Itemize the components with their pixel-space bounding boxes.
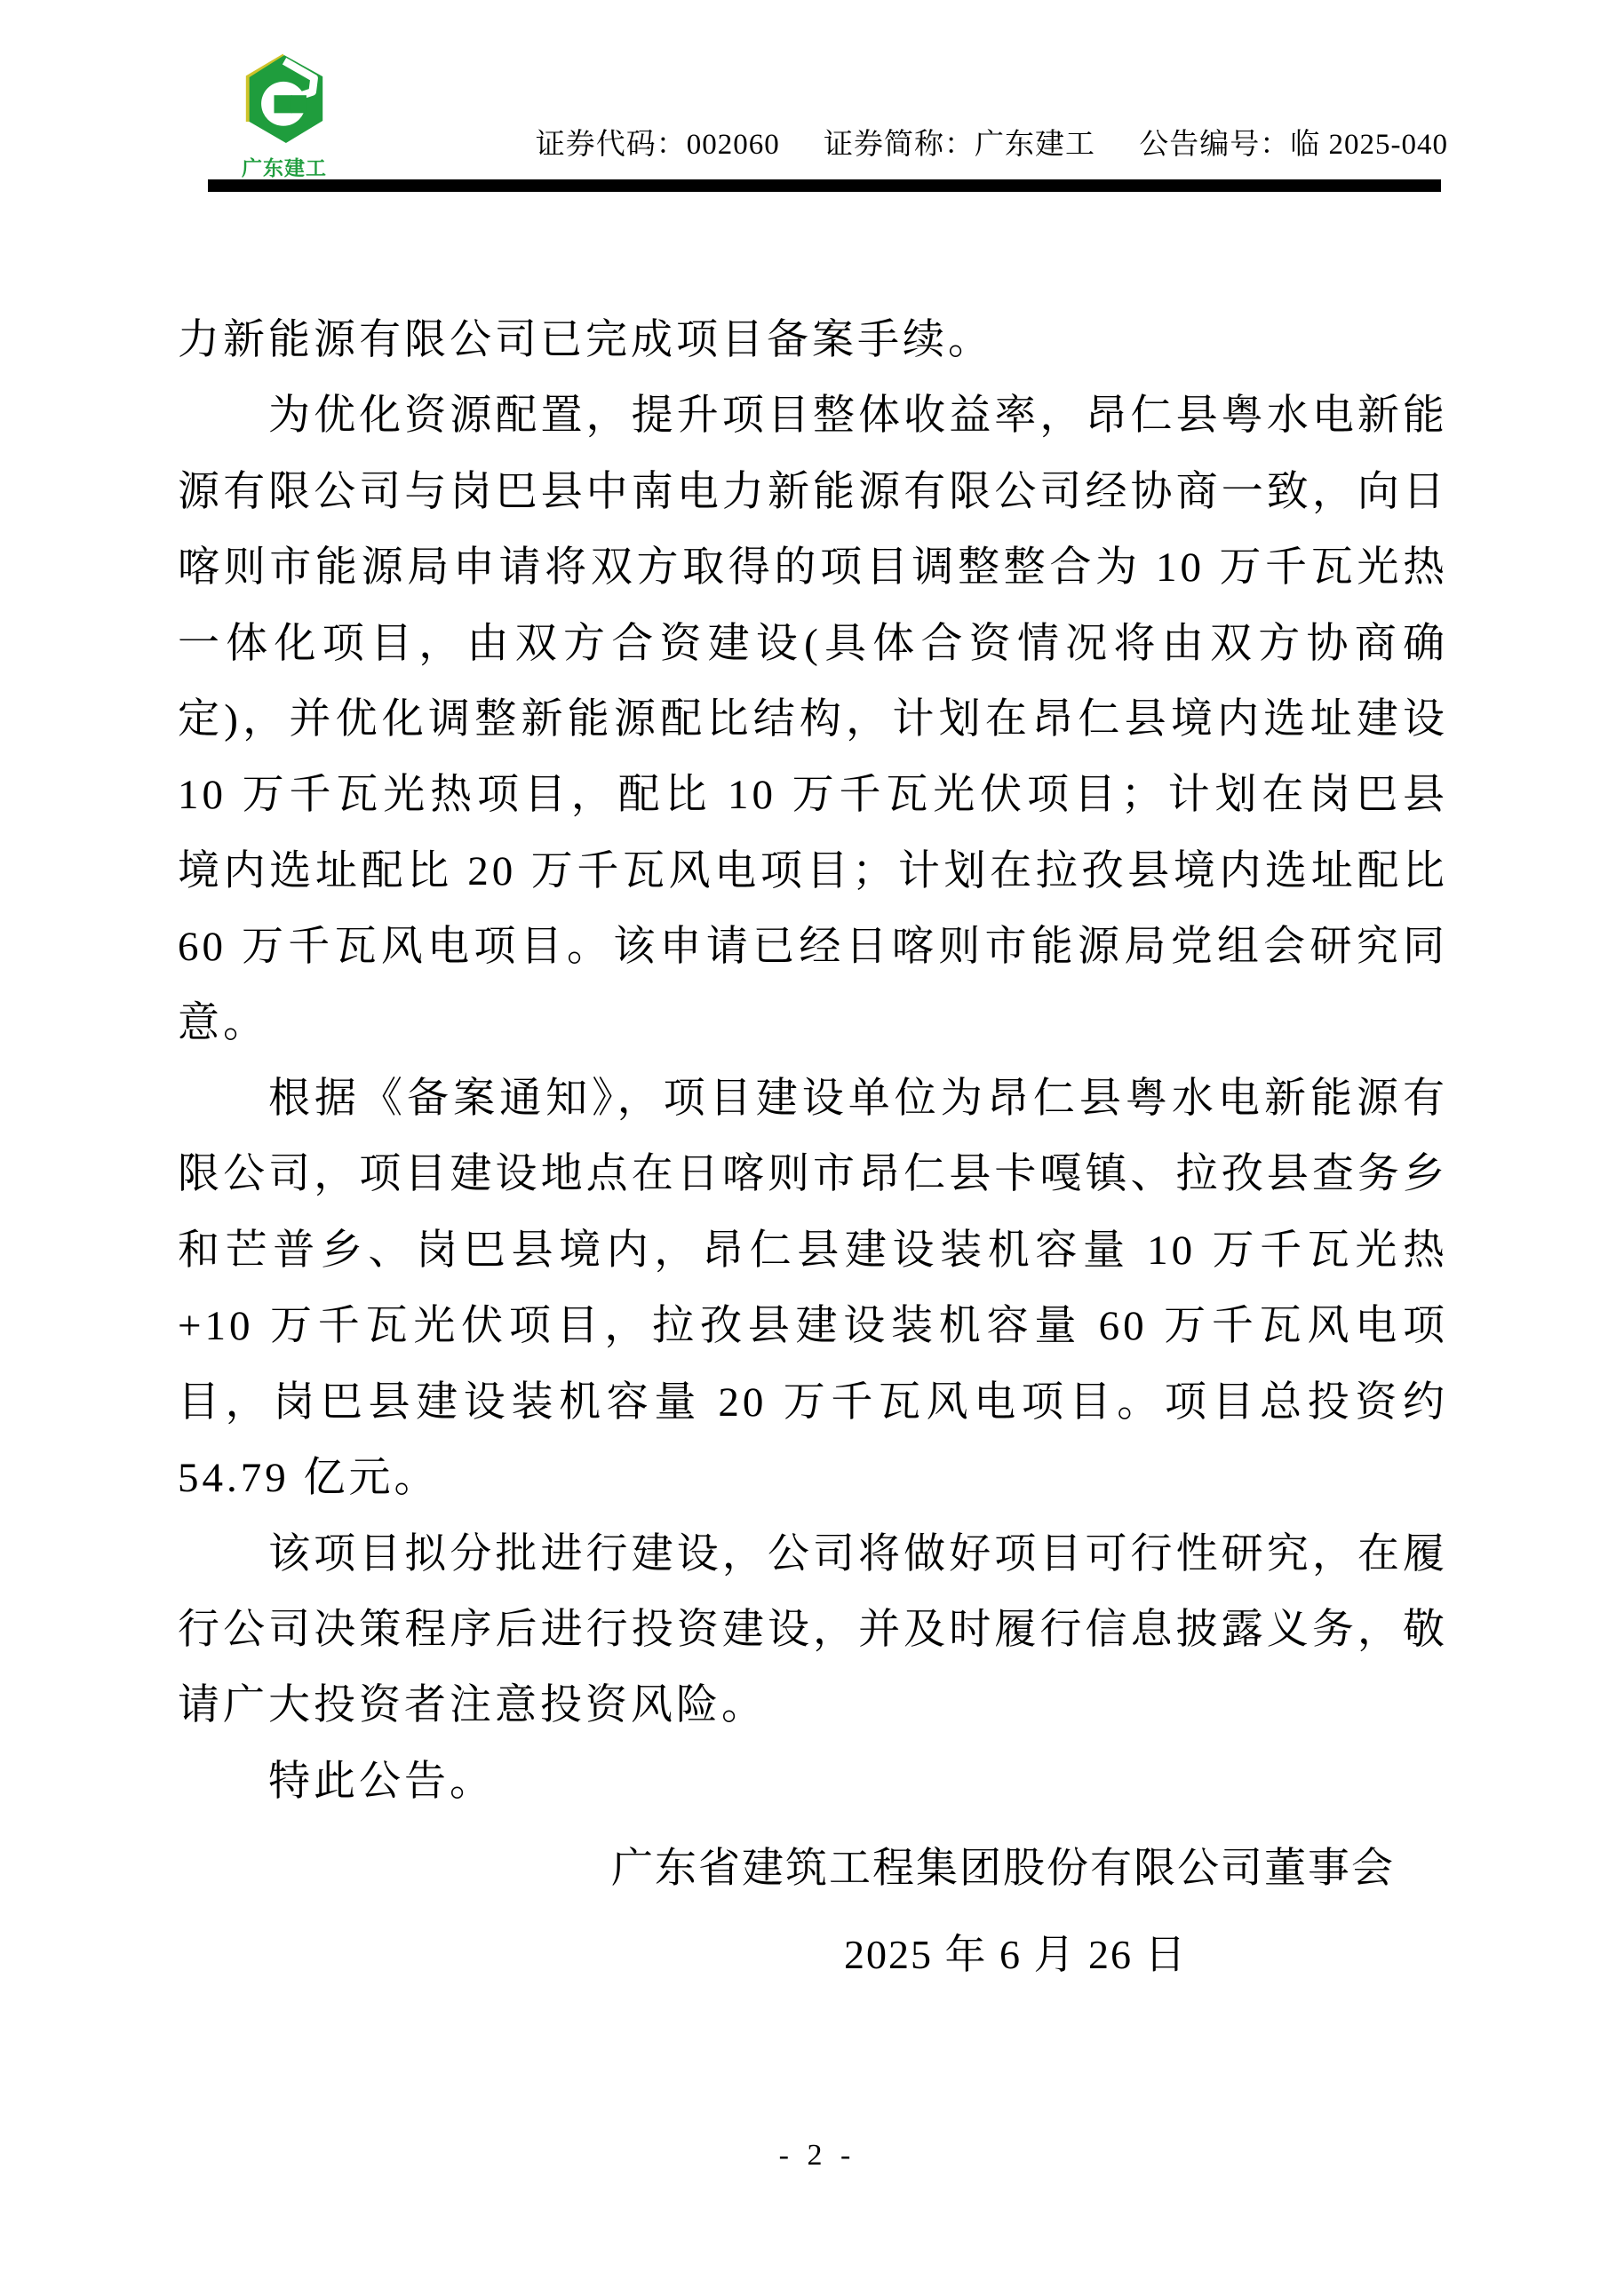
header-info-line: 证券代码：002060 证券简称：广东建工 公告编号：临 2025-040 — [536, 121, 1448, 163]
signature-date-line: 2025 年 6 月 26 日 — [844, 1917, 1188, 1992]
stock-code-label: 证券代码：002060 — [536, 121, 780, 163]
announcement-body: 力新能源有限公司已完成项目备案手续。为优化资源配置，提升项目整体收益率，昂仁县粤… — [178, 303, 1448, 1820]
signature-company-line: 广东省建筑工程集团股份有限公司董事会 — [611, 1831, 1395, 1907]
logo-g-shield-icon — [242, 53, 327, 146]
page-number: - 2 - — [0, 2139, 1624, 2173]
header-divider-bar — [208, 179, 1441, 192]
company-logo: 广东建工 — [241, 53, 328, 181]
logo-wordmark: 广东建工 — [241, 152, 328, 181]
announcement-number-label: 公告编号：临 2025-040 — [1139, 121, 1448, 163]
stock-short-name-label: 证券简称：广东建工 — [824, 121, 1095, 163]
body-paragraph: 为优化资源配置，提升项目整体收益率，昂仁县粤水电新能源有限公司与岗巴县中南电力新… — [178, 378, 1448, 1061]
body-paragraph: 该项目拟分批进行建设，公司将做好项目可行性研究，在履行公司决策程序后进行投资建设… — [178, 1517, 1448, 1744]
body-paragraph: 根据《备案通知》，项目建设单位为昂仁县粤水电新能源有限公司，项目建设地点在日喀则… — [178, 1061, 1448, 1516]
body-paragraph: 特此公告。 — [178, 1744, 1448, 1820]
body-paragraph: 力新能源有限公司已完成项目备案手续。 — [178, 303, 1448, 378]
document-page: 广东建工 证券代码：002060 证券简称：广东建工 公告编号：临 2025-0… — [0, 0, 1624, 2296]
